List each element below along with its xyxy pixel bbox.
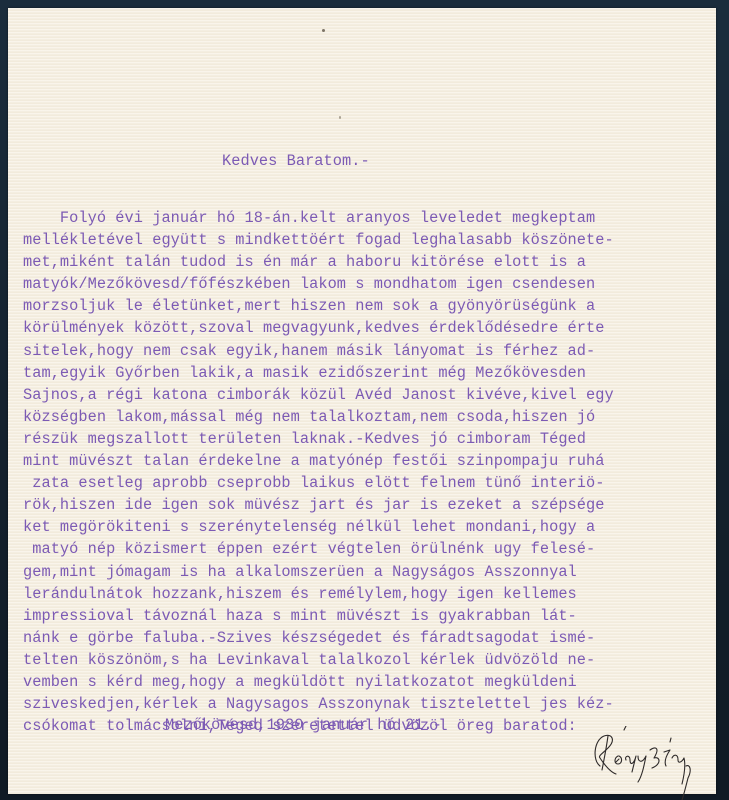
letter-line: vemben s kérd meg,hogy a megküldött nyil…: [23, 675, 614, 697]
letter-line: ket megörökiteni s szerénytelenség nélkü…: [23, 520, 614, 542]
letter-paper: Kedves Baratom.- Folyó évi január hó 18-…: [8, 8, 716, 794]
letter-line: sitelek,hogy nem csak egyik,hanem másik …: [23, 344, 614, 366]
letter-line: mellékletével együtt s mindkettöért foga…: [23, 233, 614, 255]
letter-line: telten köszönöm,s ha Levinkaval talalkoz…: [23, 653, 614, 675]
paper-speck: [322, 29, 325, 32]
letter-line: Folyó évi január hó 18-án.kelt aranyos l…: [23, 211, 614, 233]
letter-line: zata esetleg aprobb cseprobb laikus elöt…: [23, 476, 614, 498]
letter-line: mint müvészt talan érdekelne a matyónép …: [23, 454, 614, 476]
letter-line: Sajnos,a régi katona cimborák közül Avéd…: [23, 388, 614, 410]
letter-line: községben lakom,mással még nem talalkozt…: [23, 410, 614, 432]
letter-line: tam,egyik Győrben lakik,a masik ezidősze…: [23, 366, 614, 388]
letter-closing: Mezőkövesd,1930 január hó 21.-: [165, 718, 442, 733]
letter-line: impressioval távoznál haza s mint müvész…: [23, 609, 614, 631]
letter-line: met,miként talán tudod is én már a habor…: [23, 255, 614, 277]
letter-greeting: Kedves Baratom.-: [222, 154, 370, 169]
letter-line: gem,mint jómagam is ha alkalomszerüen a …: [23, 565, 614, 587]
letter-line: körülmények között,szoval megvagyunk,ked…: [23, 321, 614, 343]
letter-line: lerándulnátok hozzank,hiszem és remélyle…: [23, 587, 614, 609]
letter-line: matyó nép közismert éppen ezért végtelen…: [23, 542, 614, 564]
letter-line: részük megszallott területen laknak.-Ked…: [23, 432, 614, 454]
letter-line: matyók/Mezőkövesd/főfészkében lakom s mo…: [23, 277, 614, 299]
paper-speck: [339, 116, 341, 119]
letter-line: nánk e görbe faluba.-Szives készségedet …: [23, 631, 614, 653]
letter-body: Folyó évi január hó 18-án.kelt aranyos l…: [23, 211, 614, 741]
letter-line: morzsoljuk le életünket,mert hiszen nem …: [23, 299, 614, 321]
letter-line: rök,hiszen ide igen sok müvész jart és j…: [23, 498, 614, 520]
handwritten-signature: Ródy Imre: [586, 726, 706, 800]
